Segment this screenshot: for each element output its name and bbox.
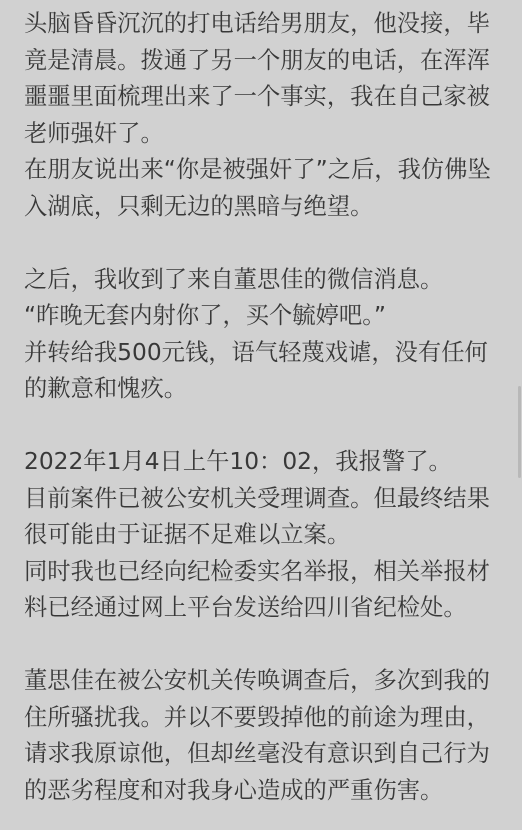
paragraph-4: 董思佳在被公安机关传唤调查后，多次到我的 住所骚扰我。并以不要毁掉他的前途为理由… — [24, 663, 504, 809]
paragraph-spacer — [24, 627, 504, 664]
document-viewport[interactable]: 头脑昏昏沉沉的打电话给男朋友，他没接，毕 竟是清晨。拨通了另一个朋友的电话，在浑… — [0, 0, 522, 830]
text-line: 的恶劣程度和对我身心造成的严重伤害。 — [24, 773, 504, 810]
document-body: 头脑昏昏沉沉的打电话给男朋友，他没接，毕 竟是清晨。拨通了另一个朋友的电话，在浑… — [24, 6, 504, 809]
text-line: 料已经通过网上平台发送给四川省纪检处。 — [24, 590, 504, 627]
paragraph-spacer — [24, 408, 504, 445]
text-line: 入湖底，只剩无边的黑暗与绝望。 — [24, 189, 504, 226]
text-line: 2022年1月4日上午10：02，我报警了。 — [24, 444, 504, 481]
text-line: 很可能由于证据不足难以立案。 — [24, 517, 504, 554]
text-line: 竟是清晨。拨通了另一个朋友的电话，在浑浑 — [24, 43, 504, 80]
text-line: 住所骚扰我。并以不要毁掉他的前途为理由， — [24, 700, 504, 737]
text-line: 目前案件已被公安机关受理调查。但最终结果 — [24, 481, 504, 518]
paragraph-spacer — [24, 225, 504, 262]
text-line: “昨晚无套内射你了，买个毓婷吧。” — [24, 298, 504, 335]
text-line: 董思佳在被公安机关传唤调查后，多次到我的 — [24, 663, 504, 700]
text-line: 头脑昏昏沉沉的打电话给男朋友，他没接，毕 — [24, 6, 504, 43]
paragraph-2: 之后，我收到了来自董思佳的微信消息。 “昨晚无套内射你了，买个毓婷吧。” 并转给… — [24, 262, 504, 408]
text-line: 并转给我500元钱，语气轻蔑戏谑，没有任何 — [24, 335, 504, 372]
text-line: 噩噩里面梳理出来了一个事实，我在自己家被 — [24, 79, 504, 116]
vertical-scrollbar-thumb[interactable] — [518, 386, 521, 478]
paragraph-3: 2022年1月4日上午10：02，我报警了。 目前案件已被公安机关受理调查。但最… — [24, 444, 504, 627]
text-line: 在朋友说出来“你是被强奸了”之后，我仿佛坠 — [24, 152, 504, 189]
text-line: 同时我也已经向纪检委实名举报，相关举报材 — [24, 554, 504, 591]
paragraph-1: 头脑昏昏沉沉的打电话给男朋友，他没接，毕 竟是清晨。拨通了另一个朋友的电话，在浑… — [24, 6, 504, 225]
text-line: 的歉意和愧疚。 — [24, 371, 504, 408]
text-line: 请求我原谅他，但却丝毫没有意识到自己行为 — [24, 736, 504, 773]
text-line: 老师强奸了。 — [24, 116, 504, 153]
text-line: 之后，我收到了来自董思佳的微信消息。 — [24, 262, 504, 299]
